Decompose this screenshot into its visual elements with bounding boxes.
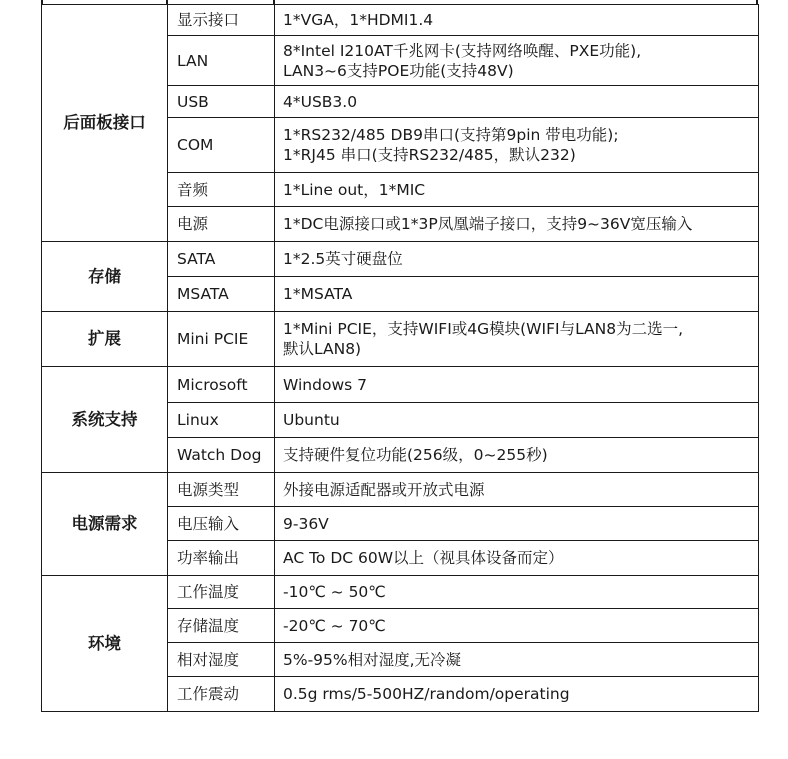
spec-key: 音频 — [168, 173, 275, 207]
table-row: 扩展Mini PCIE1*Mini PCIE，支持WIFI或4G模块(WIFI与… — [42, 312, 759, 367]
spec-key: USB — [168, 86, 275, 118]
spec-value: 0.5g rms/5-500HZ/random/operating — [275, 677, 759, 712]
spec-value: 1*Line out，1*MIC — [275, 173, 759, 207]
spec-value: 外接电源适配器或开放式电源 — [275, 473, 759, 507]
spec-key: Microsoft — [168, 367, 275, 403]
table-row: 环境工作温度-10℃ ~ 50℃ — [42, 576, 759, 609]
spec-value: 支持硬件复位功能(256级，0~255秒) — [275, 438, 759, 473]
spec-value: 5%-95%相对湿度,无冷凝 — [275, 643, 759, 677]
spec-key: 电压输入 — [168, 507, 275, 541]
spec-table-body: 后面板接口显示接口1*VGA，1*HDMI1.4LAN8*Intel I210A… — [42, 5, 759, 712]
spec-value: Windows 7 — [275, 367, 759, 403]
spec-key: 工作温度 — [168, 576, 275, 609]
spec-value: 9-36V — [275, 507, 759, 541]
spec-key: 电源类型 — [168, 473, 275, 507]
spec-value: AC To DC 60W以上（视具体设备而定） — [275, 541, 759, 576]
table-row: 系统支持MicrosoftWindows 7 — [42, 367, 759, 403]
spec-value: 1*RS232/485 DB9串口(支持第9pin 带电功能); 1*RJ45 … — [275, 118, 759, 173]
spec-key: 显示接口 — [168, 5, 275, 36]
spec-value: -20℃ ~ 70℃ — [275, 609, 759, 643]
spec-key: 相对湿度 — [168, 643, 275, 677]
category-environment: 环境 — [42, 576, 168, 712]
table-row: 电源需求电源类型外接电源适配器或开放式电源 — [42, 473, 759, 507]
spec-key: COM — [168, 118, 275, 173]
spec-value: 4*USB3.0 — [275, 86, 759, 118]
spec-key: Linux — [168, 403, 275, 438]
spec-value: Ubuntu — [275, 403, 759, 438]
spec-key: LAN — [168, 36, 275, 86]
spec-key: Watch Dog — [168, 438, 275, 473]
spec-table: 后面板接口显示接口1*VGA，1*HDMI1.4LAN8*Intel I210A… — [41, 4, 759, 712]
spec-key: Mini PCIE — [168, 312, 275, 367]
spec-key: 工作震动 — [168, 677, 275, 712]
spec-key: 功率输出 — [168, 541, 275, 576]
spec-value: 1*MSATA — [275, 277, 759, 312]
spec-value: 1*DC电源接口或1*3P凤凰端子接口，支持9~36V宽压输入 — [275, 207, 759, 242]
spec-value: -10℃ ~ 50℃ — [275, 576, 759, 609]
category-os-support: 系统支持 — [42, 367, 168, 473]
spec-key: 存储温度 — [168, 609, 275, 643]
spec-value: 8*Intel I210AT千兆网卡(支持网络唤醒、PXE功能), LAN3~6… — [275, 36, 759, 86]
spec-value: 1*2.5英寸硬盘位 — [275, 242, 759, 277]
spec-value: 1*Mini PCIE，支持WIFI或4G模块(WIFI与LAN8为二选一, 默… — [275, 312, 759, 367]
category-expansion: 扩展 — [42, 312, 168, 367]
spec-key: 电源 — [168, 207, 275, 242]
category-power-requirements: 电源需求 — [42, 473, 168, 576]
spec-key: SATA — [168, 242, 275, 277]
category-rear-panel-interfaces: 后面板接口 — [42, 5, 168, 242]
spec-key: MSATA — [168, 277, 275, 312]
spec-value: 1*VGA，1*HDMI1.4 — [275, 5, 759, 36]
category-storage: 存储 — [42, 242, 168, 312]
table-row: 存储SATA1*2.5英寸硬盘位 — [42, 242, 759, 277]
table-row: 后面板接口显示接口1*VGA，1*HDMI1.4 — [42, 5, 759, 36]
